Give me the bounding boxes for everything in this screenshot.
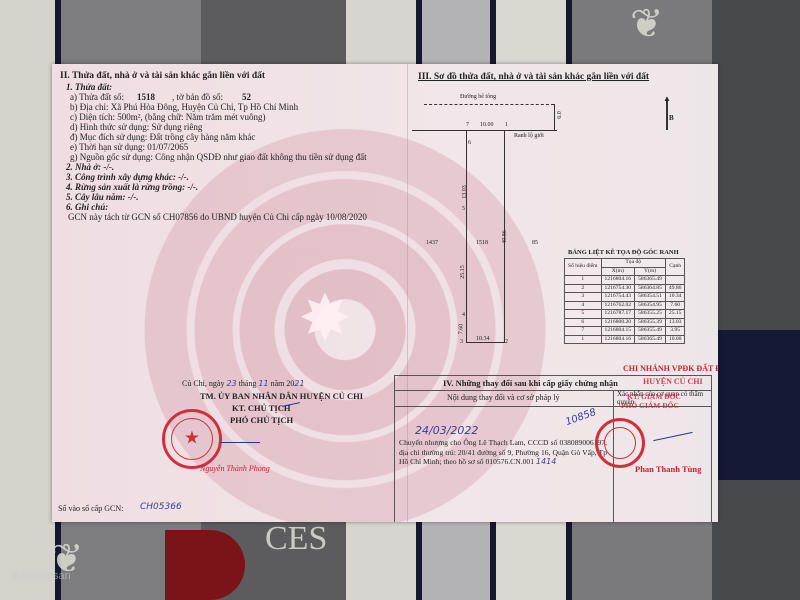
signer-name: Nguyễn Thành Phong [200,464,270,473]
coord-cell-edge: 49.86 [665,284,685,293]
point-6: 6 [468,140,471,146]
coord-cell-point: 1 [565,276,602,285]
other-works: 3. Công trình xây dựng khác: -/-. [66,172,189,182]
change-date-handwritten: 24/03/2022 [415,424,478,437]
changes-section: IV. Những thay đổi sau khi cấp giấy chứn… [394,375,712,522]
registry-label: Số vào sổ cấp GCN: [58,504,123,513]
map-sheet-label: , tờ bản đồ số: [172,92,223,102]
coord-cell-y: 586355.49 [635,327,666,336]
offset-line [554,104,555,130]
coord-cell-y: 586364.85 [635,284,666,293]
official-seal: ★ [162,409,222,469]
boundary-label: Ranh lộ giới [514,133,544,139]
boundary-line [412,130,557,131]
coord-cell-edge: 13.03 [665,318,685,327]
coord-table: Số hiệu điểm Tọa độ Cạnh X(m) Y(m) 11216… [564,258,685,344]
col-edge: Cạnh [665,259,685,276]
coord-cell-point: 7 [565,327,602,336]
coord-row: 61216800.20586355.3913.03 [565,318,685,327]
parcel-85: 85 [532,240,538,246]
coord-cell-edge: 10.34 [665,293,685,302]
coord-cell-y: 586365.49 [635,335,666,344]
left-boundary [466,130,467,342]
use-origin: g) Nguồn gốc sử dụng: Công nhận QSDĐ như… [70,152,367,162]
coord-cell-x: 1216762.02 [601,301,635,310]
branch-signature [653,432,692,441]
use-term: e) Thời hạn sử dụng: 01/07/2065 [70,142,188,152]
col-y: Y(m) [635,267,666,276]
road-label: Đường bê tông [460,94,496,100]
entry-suffix-handwritten: 1414 [536,457,556,466]
production-forest: 4. Rừng sản xuất là rừng trồng: -/-. [66,182,198,192]
section-ii-title: II. Thửa đất, nhà ở và tài sản khác gắn … [60,71,265,81]
map-sheet-number: 52 [242,92,251,102]
coord-cell-x: 1216800.20 [601,318,635,327]
coord-cell-point: 3 [565,293,602,302]
point-2: 2 [505,339,508,345]
edge-3-2: 10.34 [476,336,490,342]
point-7: 7 [466,122,469,128]
emblem-star-icon: ★ [184,427,200,448]
coord-cell-edge [665,276,685,285]
coord-cell-x: 1216804.16 [601,276,635,285]
col-x: X(m) [601,267,635,276]
edge-7-1: 10.00 [480,122,494,128]
edge-6-5: 13.03 [462,185,468,199]
parcel-1518: 1518 [476,240,488,246]
perennial-trees: 5. Cây lâu năm: -/-. [66,192,139,202]
coord-cell-y: 586365.49 [635,276,666,285]
col-point: Số hiệu điểm [565,259,602,276]
north-arrowhead-icon: ▲ [663,94,671,103]
coord-cell-x: 1216804.15 [601,327,635,336]
coord-cell-x: 1216754.30 [601,284,635,293]
col-content-header: Nội dung thay đổi và cơ sở pháp lý [447,393,559,402]
ref-number-handwritten: 10858 [564,407,598,428]
coord-row: 41216762.02586354.957.60 [565,301,685,310]
issue-date: Củ Chi, ngày 23 tháng 11 năm 2021 [182,379,305,388]
signature [220,442,260,443]
leaf-pattern-icon: ❦ [630,0,664,47]
edge-4-3: 7.60 [458,324,464,335]
coord-cell-edge: 10.00 [665,335,685,344]
authority-line-2: KT. CHỦ TỊCH [232,403,291,413]
coord-row: 31216754.43586354.5110.34 [565,293,685,302]
branch-seal [595,418,645,468]
coord-cell-x: 1216787.17 [601,310,635,319]
coord-cell-point: 1 [565,335,602,344]
branch-signer-name: Phan Thanh Tùng [635,464,701,474]
coord-cell-y: 586355.39 [635,318,666,327]
parcel-number: 1518 [137,92,155,102]
address: b) Địa chỉ: Xã Phú Hòa Đông, Huyện Củ Ch… [70,102,298,112]
authority-line-3: PHÓ CHỦ TỊCH [230,415,293,425]
authority-line-1: TM. ỦY BAN NHÂN DÂN HUYỆN CỦ CHI [200,391,363,401]
point-3: 3 [460,339,463,345]
notes: GCN này tách từ GCN số CH07856 do UBND h… [68,212,367,222]
bottom-boundary [466,342,505,343]
house: 2. Nhà ở: -/-. [66,162,114,172]
coord-cell-y: 586354.51 [635,293,666,302]
fabric-letters: CES [265,520,327,558]
use-form: d) Hình thức sử dụng: Sử dụng riêng [70,122,202,132]
edge-2-1: 49.86 [502,230,508,244]
parcel-1437: 1437 [426,240,438,246]
north-arrow-icon [666,100,668,130]
notes-heading: 6. Ghi chú: [66,202,108,212]
coord-row: 11216804.16586365.49 [565,276,685,285]
drum-star-pattern: ✸ [295,289,355,349]
road-edge [424,104,554,105]
coord-row: 71216804.15586355.493.95 [565,327,685,336]
change-entry: Chuyển nhượng cho Ông Lê Thạch Lam, CCCD… [399,438,607,467]
coord-cell-point: 2 [565,284,602,293]
coord-cell-y: 586355.25 [635,310,666,319]
col-coords: Tọa độ [601,259,665,268]
area: c) Diện tích: 500m², (bằng chữ: Năm trăm… [70,112,266,122]
edge-5-4: 25.15 [460,265,466,279]
coord-row: 21216754.30586364.8549.86 [565,284,685,293]
land-use-certificate: ✸ II. Thửa đất, nhà ở và tài sản khác gắ… [52,64,718,522]
parcel-diagram: Đường bê tông 6.0 Ranh lộ giới 10.00 7 1… [412,94,562,344]
land-heading: 1. Thửa đất: [66,82,112,92]
coord-cell-point: 4 [565,301,602,310]
use-purpose: đ) Mục đích sử dụng: Đất trồng cây hàng … [70,132,255,142]
coord-row: 11216804.16586365.4910.00 [565,335,685,344]
month-handwritten: 11 [258,379,268,388]
parcel-label: a) Thửa đất số: [70,92,124,102]
year-handwritten: 21 [294,379,304,388]
road-offset: 6.0 [557,111,563,119]
stamp-title-4: PHÓ GIÁM ĐỐC [621,401,679,410]
registry-number: CH05366 [140,502,182,512]
point-5: 5 [462,206,465,212]
coord-cell-point: 5 [565,310,602,319]
stamp-title-2: HUYỆN CỦ CHI [643,377,703,386]
north-label: B [669,114,674,122]
section-iii-title: III. Sơ đồ thửa đất, nhà ở và tài sản kh… [418,72,649,82]
coord-cell-edge: 3.95 [665,327,685,336]
coord-cell-x: 1216804.16 [601,335,635,344]
watermark: Batdongsan [12,570,71,582]
day-handwritten: 23 [226,379,236,388]
stamp-title-3: KT. GIÁM ĐỐC [627,392,681,401]
stamp-title-1: CHI NHÁNH VPĐK ĐẤT ĐAI [623,364,718,373]
coord-table-title: BẢNG LIỆT KÊ TỌA ĐỘ GÓC RANH [568,249,679,256]
changes-title: IV. Những thay đổi sau khi cấp giấy chứn… [443,378,618,388]
coord-cell-point: 6 [565,318,602,327]
coord-cell-edge: 25.15 [665,310,685,319]
coord-cell-y: 586354.95 [635,301,666,310]
point-1: 1 [505,122,508,128]
coord-row: 51216787.17586355.2525.15 [565,310,685,319]
point-4: 4 [462,312,465,318]
coord-cell-x: 1216754.43 [601,293,635,302]
coord-cell-edge: 7.60 [665,301,685,310]
